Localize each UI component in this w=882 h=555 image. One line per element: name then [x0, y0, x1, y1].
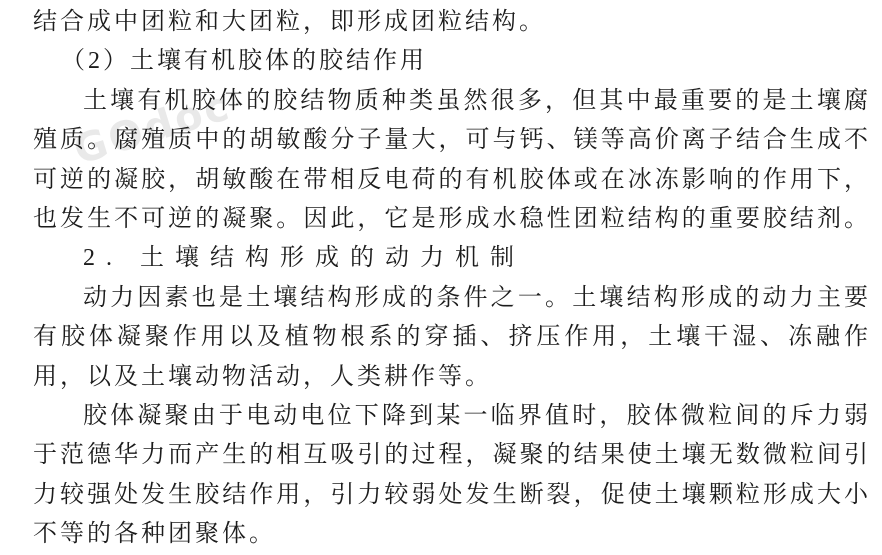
text-line-12: 于范德华力而产生的相互吸引的过程，凝聚的结果使土壤无数微粒间引 — [33, 436, 870, 475]
scanned-document-page: GOdoc 结合成中团粒和大团粒，即形成团粒结构。（2）土壤有机胶体的胶结作用土… — [0, 0, 882, 555]
text-line-14: 不等的各种团聚体。 — [33, 515, 870, 554]
text-line-3: 土壤有机胶体的胶结物质种类虽然很多，但其中最重要的是土壤腐 — [33, 82, 870, 121]
text-line-4: 殖质。腐殖质中的胡敏酸分子量大，可与钙、镁等高价离子结合生成不 — [33, 121, 870, 160]
text-line-5: 可逆的凝胶，胡敏酸在带相反电荷的有机胶体或在冰冻影响的作用下， — [33, 161, 870, 200]
text-line-6: 也发生不可逆的凝聚。因此，它是形成水稳性团粒结构的重要胶结剂。 — [33, 200, 870, 239]
text-line-11: 胶体凝聚由于电动电位下降到某一临界值时，胶体微粒间的斥力弱 — [33, 397, 870, 436]
text-line-13: 力较强处发生胶结作用，引力较弱处发生断裂，促使土壤颗粒形成大小 — [33, 476, 870, 515]
text-line-7: 2. 土壤结构形成的动力机制 — [33, 239, 870, 278]
text-line-2: （2）土壤有机胶体的胶结作用 — [33, 42, 870, 81]
text-line-9: 有胶体凝聚作用以及植物根系的穿插、挤压作用，土壤干湿、冻融作 — [33, 318, 870, 357]
page-text: 结合成中团粒和大团粒，即形成团粒结构。（2）土壤有机胶体的胶结作用土壤有机胶体的… — [33, 3, 870, 554]
text-line-1: 结合成中团粒和大团粒，即形成团粒结构。 — [33, 3, 870, 42]
text-line-10: 用，以及土壤动物活动，人类耕作等。 — [33, 358, 870, 397]
text-line-8: 动力因素也是土壤结构形成的条件之一。土壤结构形成的动力主要 — [33, 279, 870, 318]
